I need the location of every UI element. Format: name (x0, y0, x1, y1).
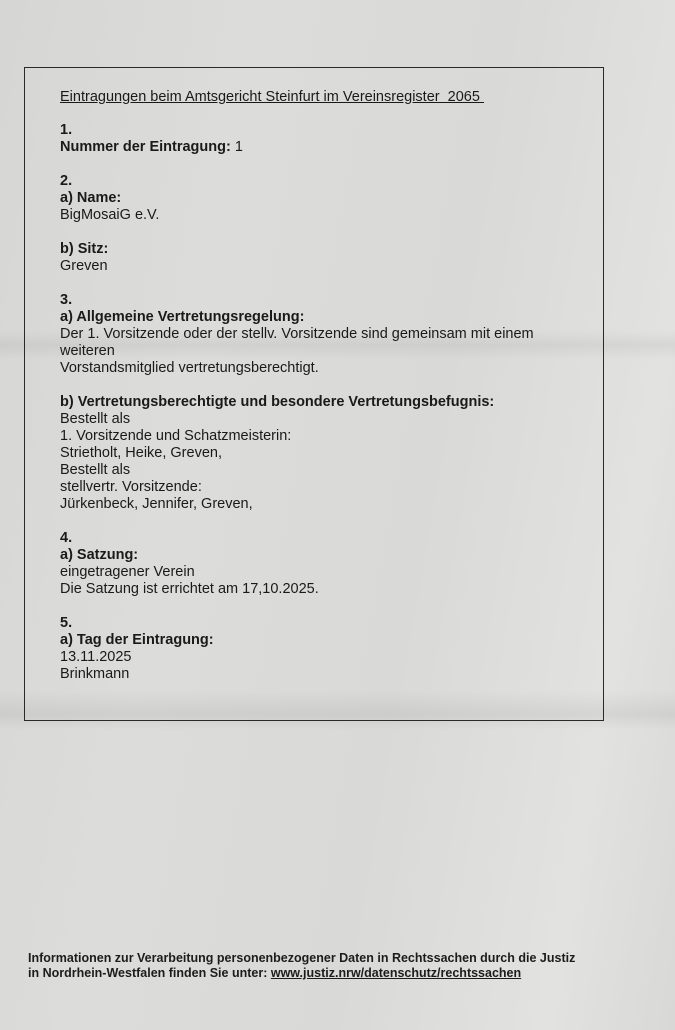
authorized-line: Bestellt als (60, 462, 580, 479)
authorized-line: Striethοlt, Heike, Greven, (60, 445, 580, 462)
authorized-line: Bestellt als (60, 411, 580, 428)
footer-line-2: in Nordrhein-Westfalen finden Sie unter:… (28, 966, 628, 981)
section-5: 5. a) Tag der Eintragung: 13.11.2025 Bri… (60, 615, 580, 683)
section-number: 1. (60, 122, 580, 139)
entry-number-label: Nummer der Eintragung: (60, 139, 231, 155)
general-representation-line: Vorstandsmitglied vertretungsberechtigt. (60, 360, 580, 377)
document-title: Eintragungen beim Amtsgericht Steinfurt … (60, 89, 580, 106)
authorized-representatives-label: b) Vertretungsberechtigte und besondere … (60, 394, 580, 411)
section-3: 3. a) Allgemeine Vertretungsregelung: De… (60, 292, 580, 513)
clerk-name: Brinkmann (60, 666, 580, 683)
name-value: BigMosaiG e.V. (60, 207, 580, 224)
authorized-line: 1. Vorsitzende und Schatzmeisterin: (60, 428, 580, 445)
general-representation-label: a) Allgemeine Vertretungsregelung: (60, 309, 580, 326)
seat-label: b) Sitz: (60, 241, 580, 258)
entry-number-row: Nummer der Eintragung: 1 (60, 139, 580, 156)
section-number: 2. (60, 173, 580, 190)
seat-value: Greven (60, 258, 580, 275)
name-label: a) Name: (60, 190, 580, 207)
section-1: 1. Nummer der Eintragung: 1 (60, 122, 580, 156)
section-4: 4. a) Satzung: eingetragener Verein Die … (60, 530, 580, 598)
section-2: 2. a) Name: BigMosaiG e.V. b) Sitz: Grev… (60, 173, 580, 275)
register-entry-content: Eintragungen beim Amtsgericht Steinfurt … (60, 89, 580, 683)
statute-line: Die Satzung ist errichtet am 17,10.2025. (60, 581, 580, 598)
statute-line: eingetragener Verein (60, 564, 580, 581)
section-number: 3. (60, 292, 580, 309)
privacy-link[interactable]: www.justiz.nrw/datenschutz/rechtssachen (271, 966, 521, 980)
section-number: 5. (60, 615, 580, 632)
authorized-line: stellvertr. Vorsitzende: (60, 479, 580, 496)
footer-line-2-prefix: in Nordrhein-Westfalen finden Sie unter: (28, 966, 271, 980)
authorized-line: Jürkenbeck, Jennifer, Greven, (60, 496, 580, 513)
general-representation-line: Der 1. Vorsitzende oder der stellv. Vors… (60, 326, 580, 343)
statute-label: a) Satzung: (60, 547, 580, 564)
privacy-footer: Informationen zur Verarbeitung personenb… (28, 951, 628, 981)
section-number: 4. (60, 530, 580, 547)
entry-date-value: 13.11.2025 (60, 649, 580, 666)
entry-number-value: 1 (231, 139, 243, 155)
entry-date-label: a) Tag der Eintragung: (60, 632, 580, 649)
footer-line-1: Informationen zur Verarbeitung personenb… (28, 951, 628, 966)
general-representation-line: weiteren (60, 343, 580, 360)
